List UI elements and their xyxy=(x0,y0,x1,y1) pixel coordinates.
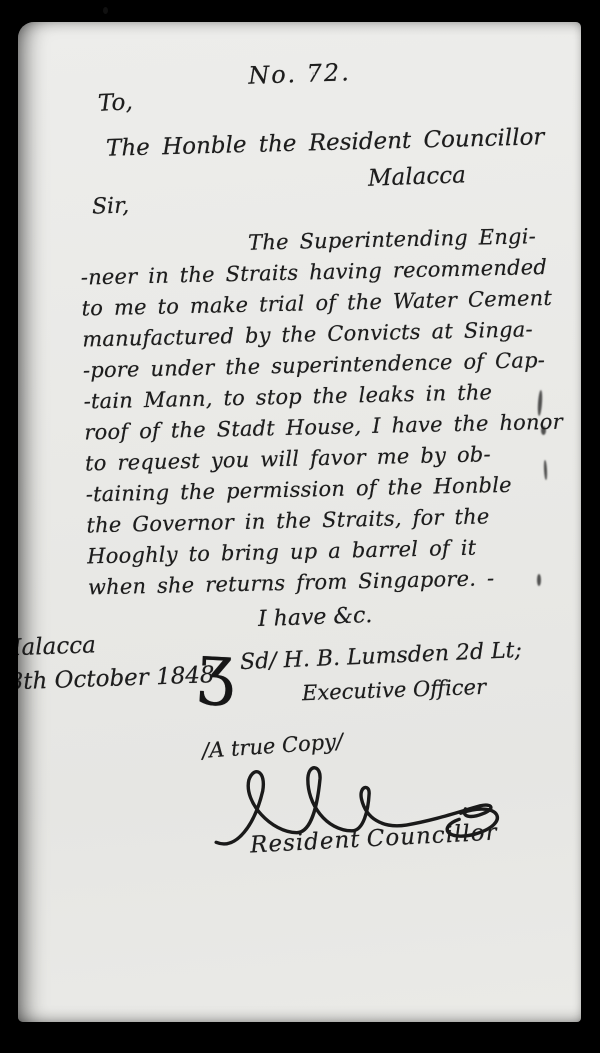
addressee-line: The Honble the Resident Councillor xyxy=(106,124,545,161)
margin-date: 18th October 1848 xyxy=(18,662,215,696)
margin-place: Malacca xyxy=(18,632,96,661)
margin-brace-glyph: ʒ xyxy=(196,629,237,708)
addressee-place: Malacca xyxy=(368,162,467,191)
closing-line: I have &c. xyxy=(258,603,373,632)
letter-page: No. 72. To, The Honble the Resident Coun… xyxy=(18,22,581,1022)
signature-name: Sd/ H. B. Lumsden 2d Lt; xyxy=(240,638,523,675)
paper-speck xyxy=(312,72,315,75)
ink-blot xyxy=(537,574,541,586)
letter-body: The Superintending Engi- -neer in the St… xyxy=(80,221,570,604)
ink-blot xyxy=(541,426,546,435)
signature-title: Executive Officer xyxy=(302,675,487,705)
dust-speck xyxy=(103,7,108,14)
salutation: Sir, xyxy=(92,193,130,219)
scan-background: No. 72. To, The Honble the Resident Coun… xyxy=(0,0,600,1053)
to-line: To, xyxy=(97,89,133,117)
